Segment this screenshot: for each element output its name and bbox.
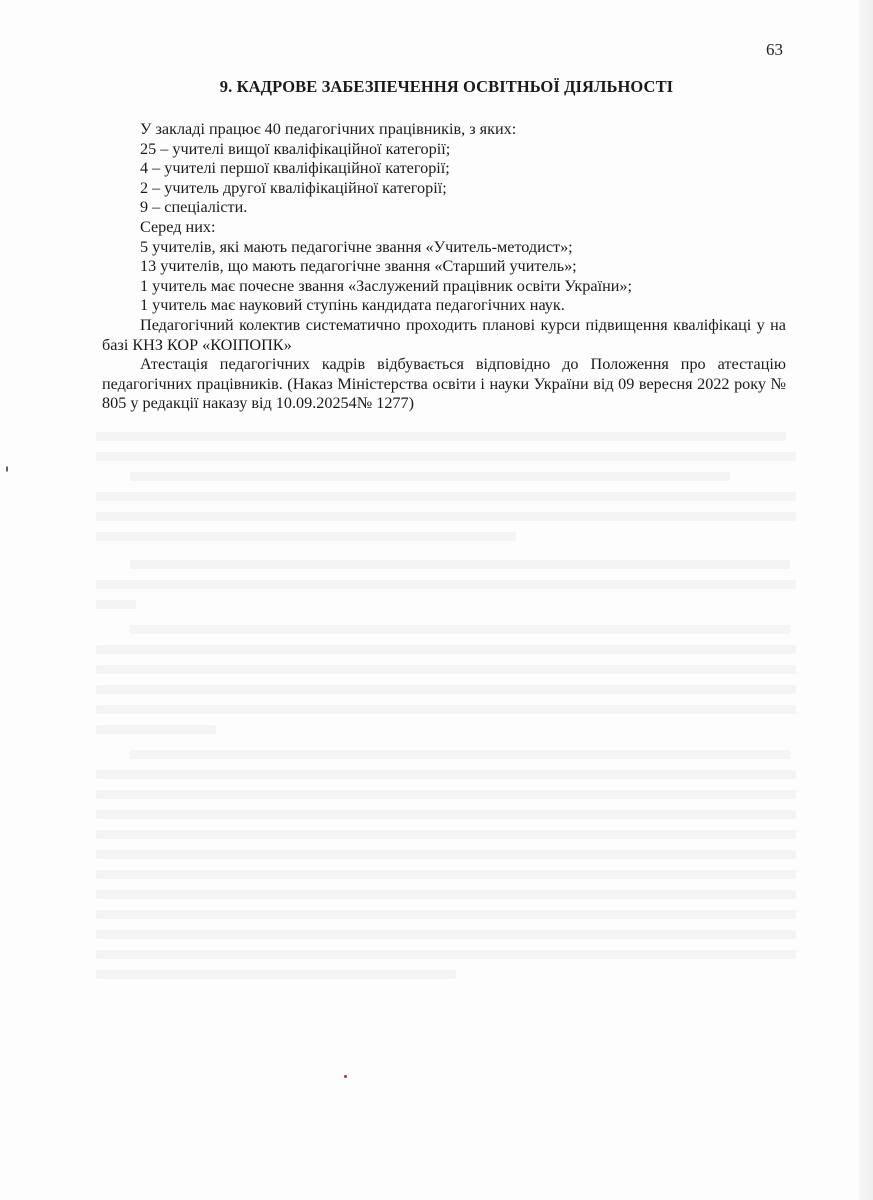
- training-paragraph: Педагогічний колектив систематично прохо…: [102, 316, 786, 355]
- category-item: 9 – спеціалісти.: [102, 198, 786, 218]
- category-item: 2 – учитель другої кваліфікаційної катег…: [102, 179, 786, 199]
- category-item: 25 – учителі вищої кваліфікаційної катег…: [102, 140, 786, 160]
- titles-intro: Серед них:: [102, 218, 786, 238]
- scan-speck: [6, 466, 8, 472]
- category-item: 4 – учителі першої кваліфікаційної катег…: [102, 159, 786, 179]
- title-item: 1 учитель має почесне звання «Заслужений…: [102, 277, 786, 297]
- attestation-paragraph: Атестація педагогічних кадрів відбуваєть…: [102, 355, 786, 414]
- title-item: 13 учителів, що мають педагогічне звання…: [102, 257, 786, 277]
- page-edge-shadow: [859, 0, 873, 1200]
- title-item: 5 учителів, які мають педагогічне звання…: [102, 238, 786, 258]
- document-page: 63 9. КАДРОВЕ ЗАБЕЗПЕЧЕННЯ ОСВІТНЬОЇ ДІЯ…: [0, 0, 873, 1200]
- page-number: 63: [766, 40, 783, 60]
- staff-intro: У закладі працює 40 педагогічних працівн…: [102, 120, 786, 140]
- section-title: 9. КАДРОВЕ ЗАБЕЗПЕЧЕННЯ ОСВІТНЬОЇ ДІЯЛЬН…: [0, 77, 873, 97]
- scan-speck: [344, 1075, 347, 1078]
- title-item: 1 учитель має науковий ступінь кандидата…: [102, 296, 786, 316]
- document-body: У закладі працює 40 педагогічних працівн…: [102, 120, 786, 414]
